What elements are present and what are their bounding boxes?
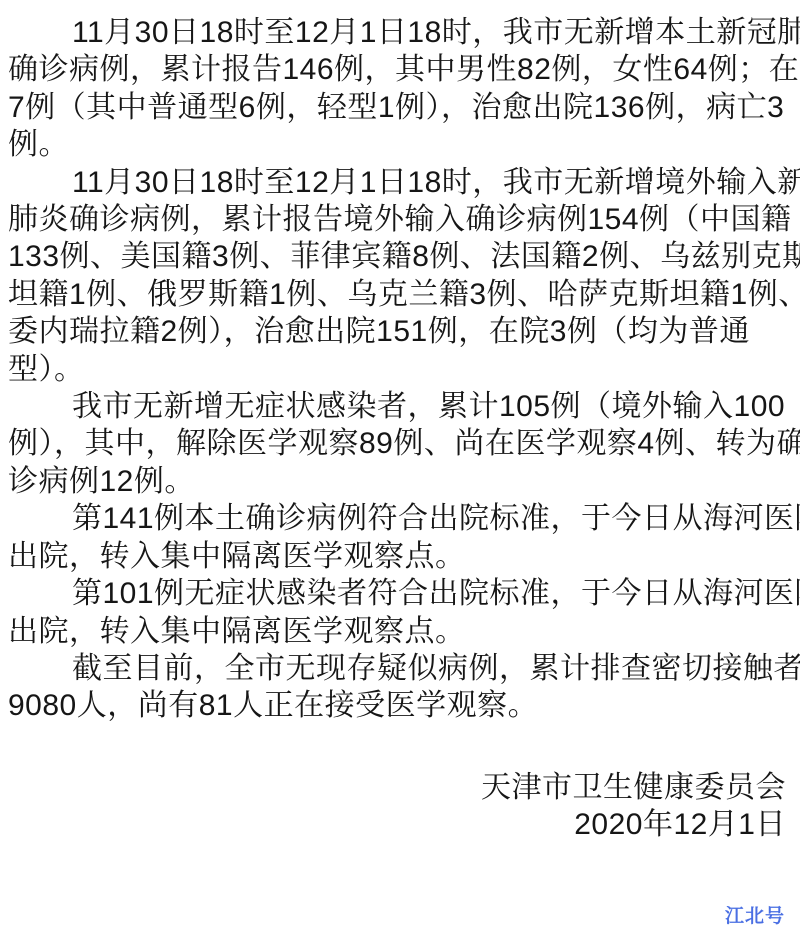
paragraph-line: 例。 bbox=[8, 126, 792, 163]
watermark-badge: 江北号 bbox=[725, 901, 785, 928]
paragraph: 11月30日18时至12月1日18时，我市无新增境外输入新冠肺炎确诊病例，累计报… bbox=[8, 164, 792, 388]
announcement-page: 11月30日18时至12月1日18时，我市无新增本土新冠肺炎确诊病例，累计报告1… bbox=[0, 0, 800, 940]
paragraph-line: 出院，转入集中隔离医学观察点。 bbox=[8, 538, 792, 575]
paragraph-line: 133例、美国籍3例、菲律宾籍8例、法国籍2例、乌兹别克斯 bbox=[8, 238, 792, 275]
paragraph: 截至目前，全市无现存疑似病例，累计排查密切接触者9080人，尚有81人正在接受医… bbox=[8, 650, 792, 725]
paragraph: 第101例无症状感染者符合出院标准，于今日从海河医院出院，转入集中隔离医学观察点… bbox=[8, 575, 792, 650]
paragraph-line: 确诊病例，累计报告146例，其中男性82例，女性64例；在院 bbox=[8, 51, 792, 88]
paragraph-line: 诊病例12例。 bbox=[8, 463, 792, 500]
issue-date: 2020年12月1日 bbox=[0, 806, 786, 843]
paragraph-line: 出院，转入集中隔离医学观察点。 bbox=[8, 613, 792, 650]
paragraph-line: 例），其中，解除医学观察89例、尚在医学观察4例、转为确 bbox=[8, 425, 792, 462]
paragraph-line: 坦籍1例、俄罗斯籍1例、乌克兰籍3例、哈萨克斯坦籍1例、 bbox=[8, 276, 792, 313]
paragraph-line: 肺炎确诊病例，累计报告境外输入确诊病例154例（中国籍 bbox=[8, 201, 792, 238]
paragraph-line: 9080人，尚有81人正在接受医学观察。 bbox=[8, 687, 792, 724]
paragraph-line: 第141例本土确诊病例符合出院标准，于今日从海河医院 bbox=[8, 500, 792, 537]
paragraph-line: 我市无新增无症状感染者，累计105例（境外输入100 bbox=[8, 388, 792, 425]
paragraph: 11月30日18时至12月1日18时，我市无新增本土新冠肺炎确诊病例，累计报告1… bbox=[8, 14, 792, 164]
paragraph-line: 型）。 bbox=[8, 351, 792, 388]
document-body: 11月30日18时至12月1日18时，我市无新增本土新冠肺炎确诊病例，累计报告1… bbox=[0, 0, 800, 725]
signature-block: 天津市卫生健康委员会 2020年12月1日 bbox=[0, 769, 800, 844]
paragraph-line: 11月30日18时至12月1日18时，我市无新增本土新冠肺炎 bbox=[8, 14, 792, 51]
paragraph: 第141例本土确诊病例符合出院标准，于今日从海河医院出院，转入集中隔离医学观察点… bbox=[8, 500, 792, 575]
paragraph-line: 7例（其中普通型6例，轻型1例），治愈出院136例，病亡3 bbox=[8, 89, 792, 126]
paragraph: 我市无新增无症状感染者，累计105例（境外输入100例），其中，解除医学观察89… bbox=[8, 388, 792, 500]
issuer-name: 天津市卫生健康委员会 bbox=[0, 769, 786, 806]
paragraph-line: 11月30日18时至12月1日18时，我市无新增境外输入新冠 bbox=[8, 164, 792, 201]
paragraph-line: 截至目前，全市无现存疑似病例，累计排查密切接触者 bbox=[8, 650, 792, 687]
paragraph-line: 委内瑞拉籍2例），治愈出院151例，在院3例（均为普通 bbox=[8, 313, 792, 350]
paragraph-line: 第101例无症状感染者符合出院标准，于今日从海河医院 bbox=[8, 575, 792, 612]
